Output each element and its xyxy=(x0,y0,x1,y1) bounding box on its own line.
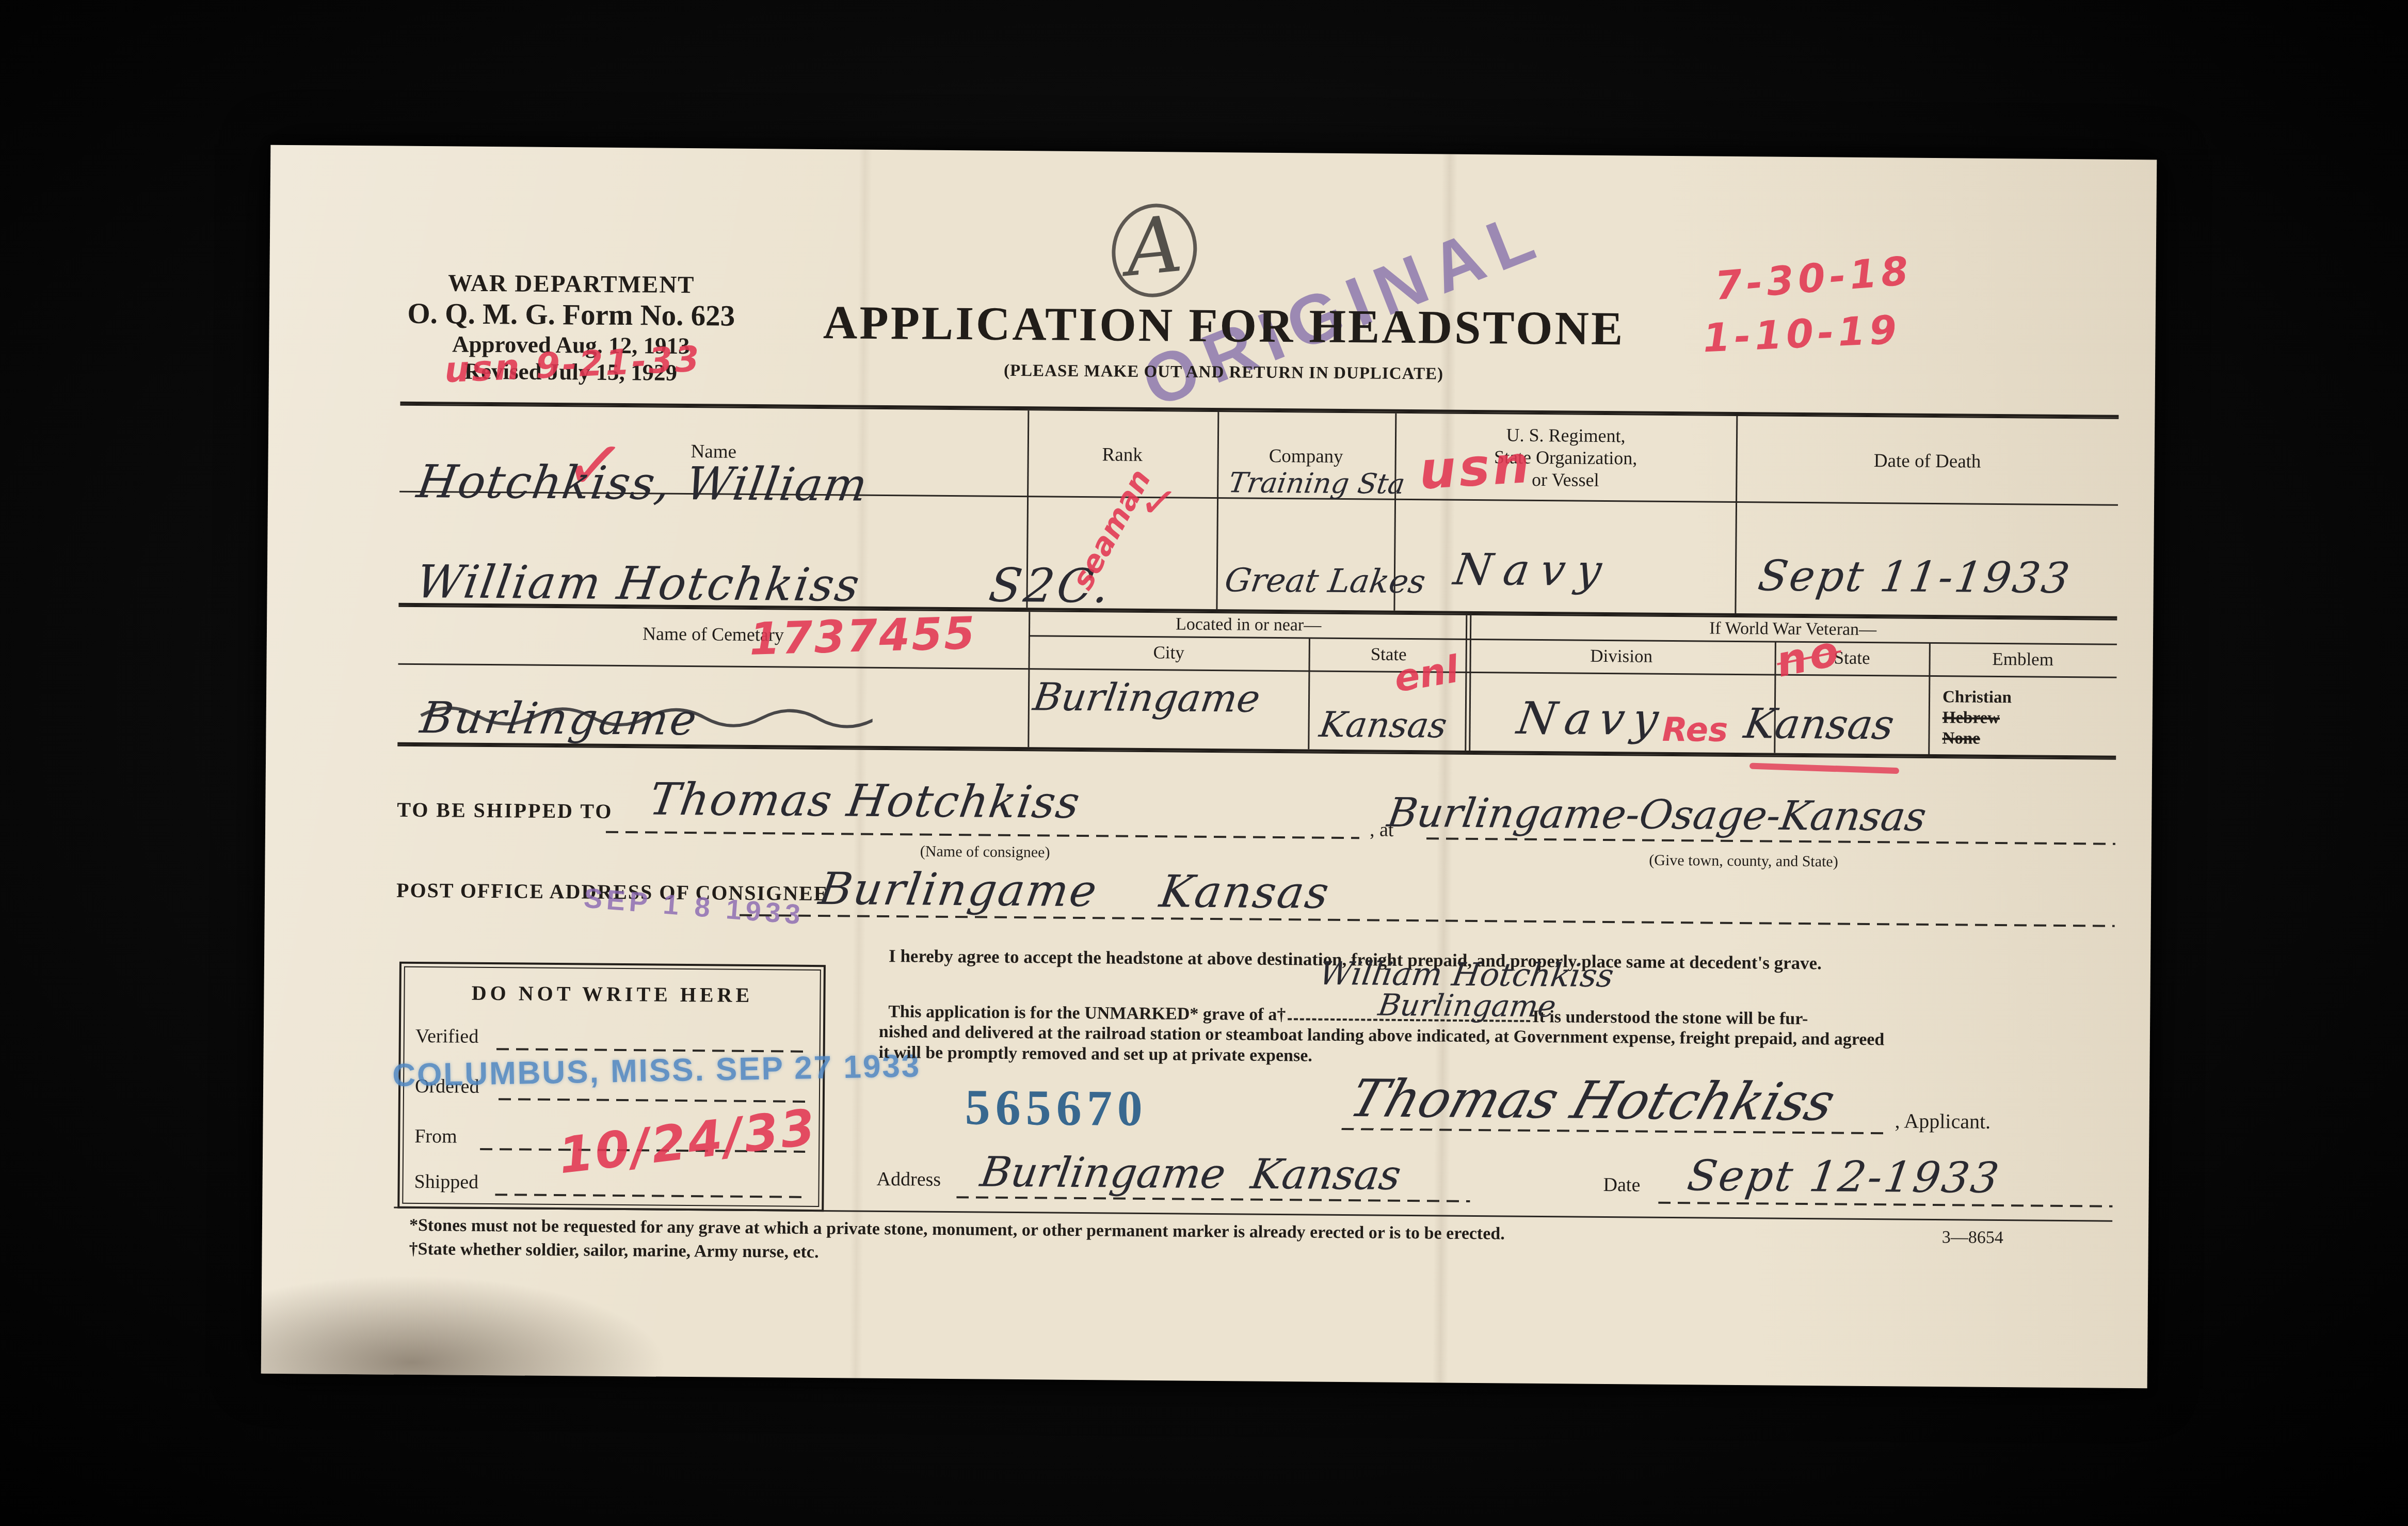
header-division: Division xyxy=(1518,645,1725,667)
division-value: Navy xyxy=(1514,693,1670,745)
table-top-rule xyxy=(400,402,2118,419)
footnote-2: †State whether soldier, sailor, marine, … xyxy=(409,1239,1441,1267)
col-divider-regiment-death xyxy=(1735,416,1738,613)
form-paper: WAR DEPARTMENT O. Q. M. G. Form No. 623 … xyxy=(261,145,2157,1389)
company-value-line2: Great Lakes xyxy=(1222,561,1428,600)
regiment-value: Navy xyxy=(1451,544,1616,596)
address-value: Burlingame Kansas xyxy=(977,1148,1404,1199)
red-res-annotation: Res xyxy=(1662,711,1728,750)
consignee-caption: (Name of consignee) xyxy=(830,842,1140,862)
header-company: Company xyxy=(1229,444,1384,468)
red-serial-annotation: 1737455 xyxy=(749,608,977,665)
name-value-line1: Hotchkiss, William xyxy=(414,455,872,512)
date-of-death-value: Sept 11-1933 xyxy=(1755,551,2075,603)
red-date-annotation-2: 1-10-19 xyxy=(1702,307,1902,361)
cemetery-value: Burlingame xyxy=(417,692,702,745)
red-underline-annotation xyxy=(1749,762,1899,774)
page-title: APPLICATION FOR HEADSTONE xyxy=(785,295,1663,356)
agreement-blank-value: Burlingame xyxy=(1376,988,1558,1024)
shipped-to-label: TO BE SHIPPED TO xyxy=(397,798,613,823)
po-address-value: Burlingame Kansas xyxy=(816,863,1334,919)
from-label: From xyxy=(414,1125,457,1148)
form-number: O. Q. M. G. Form No. 623 xyxy=(365,296,778,333)
applicant-signature: Thomas Hotchkiss xyxy=(1343,1068,1842,1132)
date-value: Sept 12-1933 xyxy=(1684,1151,2004,1203)
header-rank: Rank xyxy=(1045,443,1200,466)
state-value: Kansas xyxy=(1317,705,1450,746)
blue-serial-number: 565670 xyxy=(965,1078,1148,1138)
shipped-line xyxy=(495,1194,805,1198)
name-value-line2: William Hotchkiss xyxy=(413,555,864,612)
city-value: Burlingame xyxy=(1031,675,1263,721)
agreement-para-l1-end: It is understood the stone will be fur- xyxy=(1532,1007,1808,1028)
verified-label: Verified xyxy=(415,1025,479,1048)
ordered-line xyxy=(499,1098,806,1103)
emblem-option-hebrew: Hebrew xyxy=(1943,708,2000,728)
destination-caption: (Give town, county, and State) xyxy=(1588,851,1898,871)
agreement-para-start: This application is for the UNMARKED* gr… xyxy=(888,1002,1286,1024)
consignee-value: Thomas Hotchkiss xyxy=(646,774,1084,829)
company-value-line1: Training Sta xyxy=(1227,466,1407,500)
emblem-option-christian: Christian xyxy=(1943,688,2012,707)
applicant-label: , Applicant. xyxy=(1895,1108,1990,1133)
emblem-option-none: None xyxy=(1942,729,1980,749)
red-usn-annotation: usn xyxy=(1417,434,1534,501)
ww-state-value: Kansas xyxy=(1741,700,1898,749)
col-divider-state-ww xyxy=(1465,615,1471,751)
col-divider-city-state xyxy=(1308,639,1310,750)
red-date-annotation-1: 7-30-18 xyxy=(1713,247,1914,309)
header-emblem: Emblem xyxy=(1946,648,2100,670)
page-subtitle: (PLEASE MAKE OUT AND RETURN IN DUPLICATE… xyxy=(785,360,1662,386)
po-address-line xyxy=(740,914,2115,927)
agency-name: WAR DEPARTMENT xyxy=(365,268,778,299)
date-line xyxy=(1658,1202,2112,1207)
circled-letter-glyph: A xyxy=(1121,199,1186,294)
address-label: Address xyxy=(877,1168,941,1191)
circled-letter-annotation: A xyxy=(1103,196,1206,306)
header-date-of-death: Date of Death xyxy=(1799,449,2057,473)
header-city: City xyxy=(1091,642,1246,663)
header-located: Located in or near— xyxy=(1094,614,1403,636)
shipped-label: Shipped xyxy=(414,1170,478,1194)
scanned-document-page: { "form_header": { "agency": "WAR DEPART… xyxy=(0,0,2408,1526)
consignee-line xyxy=(606,831,1359,839)
destination-value: Burlingame-Osage-Kansas xyxy=(1385,790,1930,840)
col-divider-cemetery-city xyxy=(1028,612,1030,747)
date-label: Date xyxy=(1603,1173,1640,1197)
do-not-write-title: DO NOT WRITE HERE xyxy=(401,980,823,1008)
print-code: 3—8654 xyxy=(1942,1228,2003,1248)
col-divider-rank-company xyxy=(1216,412,1219,609)
red-check-rank: ✓ xyxy=(1136,474,1181,531)
